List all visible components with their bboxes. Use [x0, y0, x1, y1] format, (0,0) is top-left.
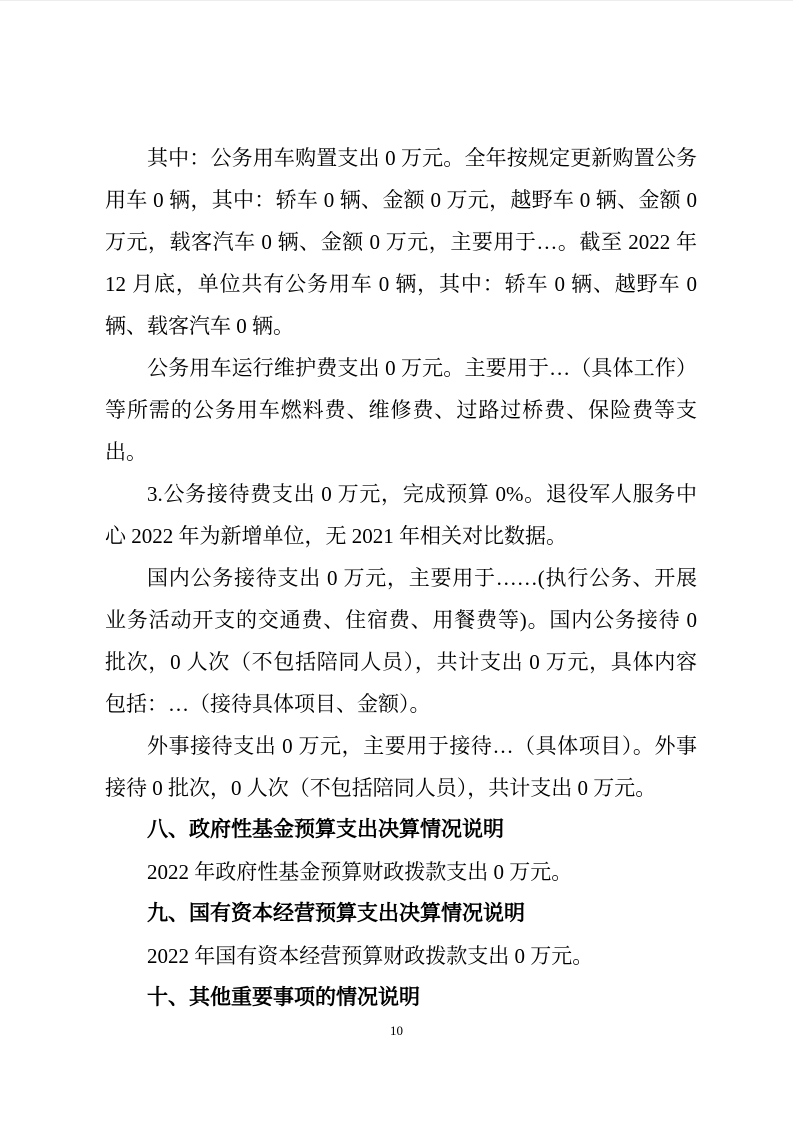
paragraph-state-capital-expenditure: 2022 年国有资本经营预算财政拨款支出 0 万元。	[105, 935, 697, 977]
paragraph-vehicle-purchase: 其中：公务用车购置支出 0 万元。全年按规定更新购置公务用车 0 辆，其中：轿车…	[105, 137, 697, 347]
paragraph-official-reception: 3.公务接待费支出 0 万元，完成预算 0%。退役军人服务中心 2022 年为新…	[105, 473, 697, 557]
heading-section-10-other-matters: 十、其他重要事项的情况说明	[105, 977, 697, 1019]
paragraph-govt-fund-expenditure: 2022 年政府性基金预算财政拨款支出 0 万元。	[105, 851, 697, 893]
page-number: 10	[0, 1022, 793, 1040]
document-page: 其中：公务用车购置支出 0 万元。全年按规定更新购置公务用车 0 辆，其中：轿车…	[0, 0, 793, 1122]
document-body: 其中：公务用车购置支出 0 万元。全年按规定更新购置公务用车 0 辆，其中：轿车…	[105, 137, 697, 1019]
paragraph-domestic-reception: 国内公务接待支出 0 万元，主要用于……(执行公务、开展业务活动开支的交通费、住…	[105, 557, 697, 725]
heading-section-9-state-capital-budget: 九、国有资本经营预算支出决算情况说明	[105, 893, 697, 935]
paragraph-foreign-reception: 外事接待支出 0 万元，主要用于接待…（具体项目）。外事接待 0 批次，0 人次…	[105, 725, 697, 809]
heading-section-8-govt-fund-budget: 八、政府性基金预算支出决算情况说明	[105, 809, 697, 851]
paragraph-vehicle-maintenance: 公务用车运行维护费支出 0 万元。主要用于…（具体工作）等所需的公务用车燃料费、…	[105, 347, 697, 473]
